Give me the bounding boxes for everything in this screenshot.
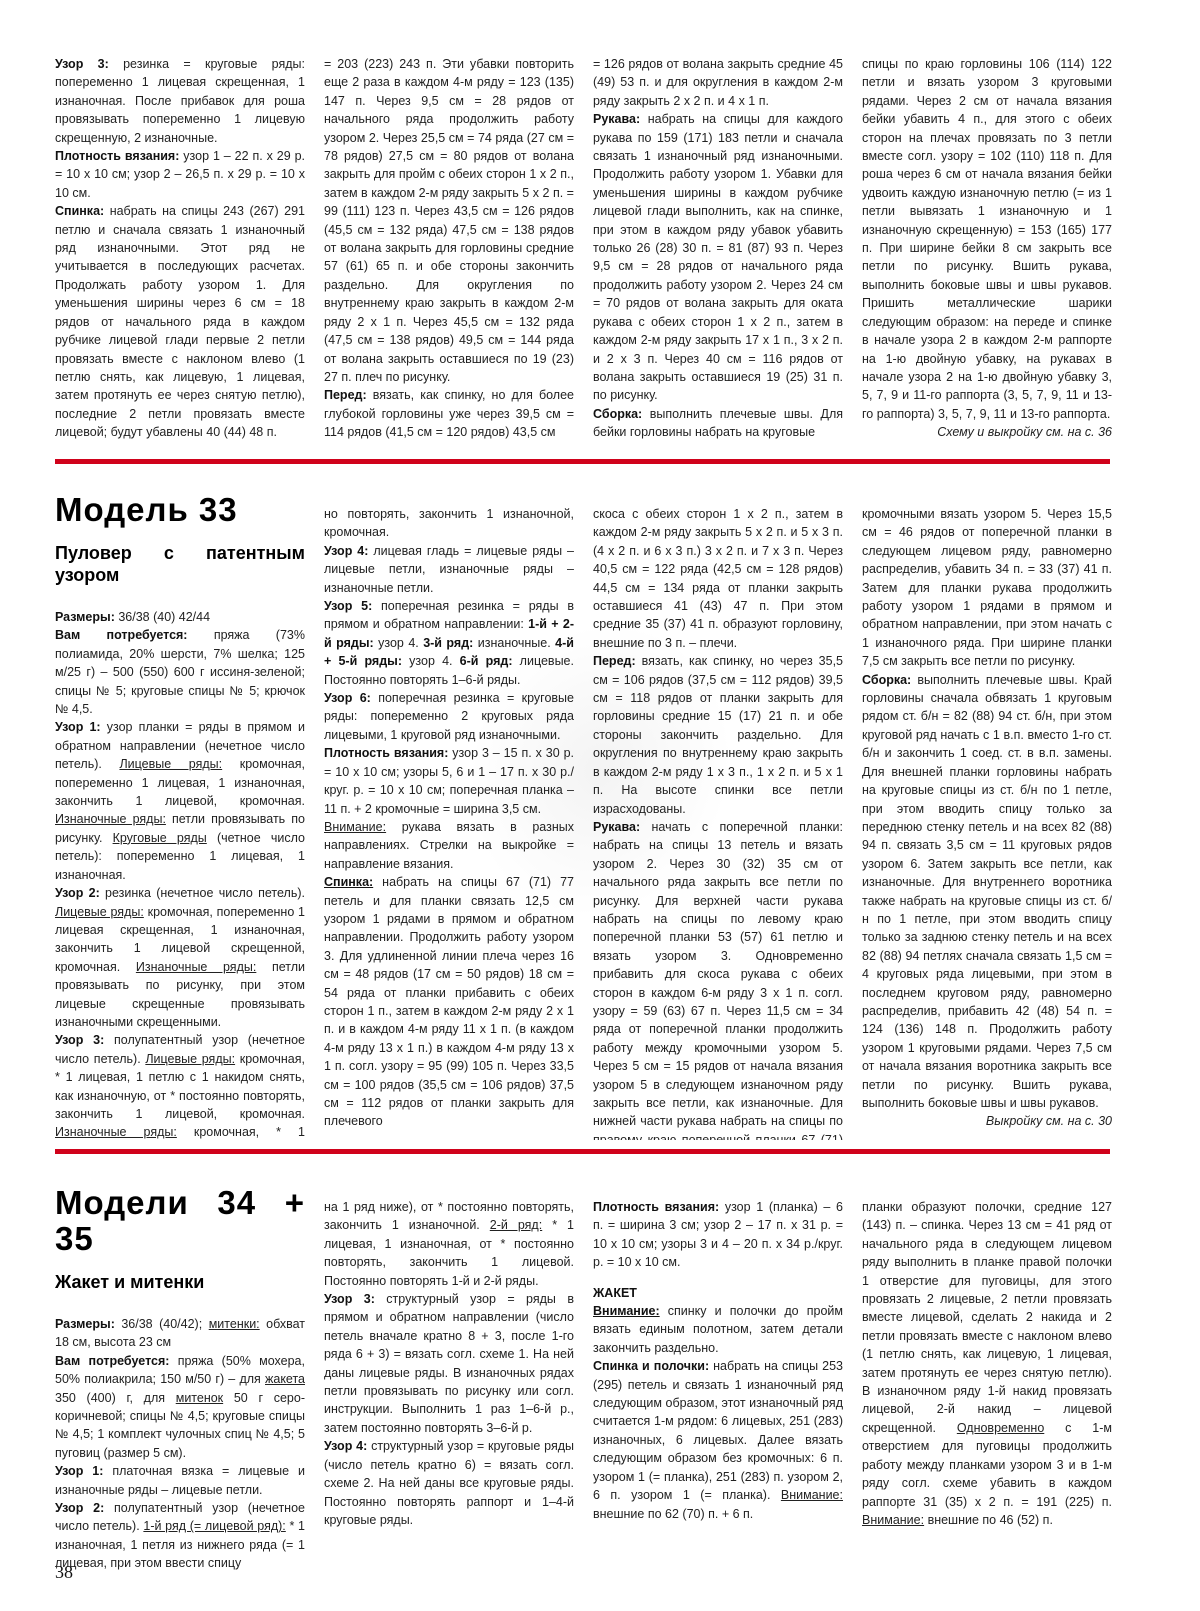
paragraph: Плотность вязания: узор 1 – 22 п. х 29 р… <box>55 147 305 202</box>
paragraph: Схему и выкройку см. на с. 36 <box>862 423 1112 441</box>
paragraph: Узор 3: структурный узор = ряды в прямом… <box>324 1290 574 1437</box>
paragraph: Сборка: выполнить плечевые швы. Для бейк… <box>593 405 843 442</box>
paragraph: на 1 ряд ниже), от * постоянно повторять… <box>324 1198 574 1290</box>
paragraph: Вам потребуется: пряжа (50% мохера, 50% … <box>55 1352 305 1462</box>
paragraph: Размеры: 36/38 (40/42); митенки: обхват … <box>55 1315 305 1352</box>
column: но повторять, закончить 1 изнаночной, кр… <box>324 492 574 1140</box>
column: планки образуют полочки, средние 127 (14… <box>862 1185 1112 1570</box>
column: = 203 (223) 243 п. Эти убавки повторить … <box>324 55 574 450</box>
section-model-33: Модель 33 Пуловер с патентным узором Раз… <box>55 492 1113 1140</box>
paragraph: Узор 2: резинка (нечетное число петель).… <box>55 884 305 1031</box>
paragraph: = 126 рядов от волана закрыть средние 45… <box>593 55 843 110</box>
paragraph: Спинка: набрать на спицы 243 (267) 291 п… <box>55 202 305 441</box>
paragraph: спицы по краю горловины 106 (114) 122 пе… <box>862 55 1112 423</box>
column: Плотность вязания: узор 1 (планка) – 6 п… <box>593 1185 843 1570</box>
paragraph: Рукава: начать с поперечной планки: набр… <box>593 818 843 1140</box>
paragraph: Плотность вязания: узор 3 – 15 п. х 30 р… <box>324 744 574 818</box>
paragraph: Рукава: набрать на спицы для каждого рук… <box>593 110 843 405</box>
paragraph: Узор 4: структурный узор = круговые ряды… <box>324 1437 574 1529</box>
red-divider-rule <box>55 459 1110 464</box>
paragraph: Узор 5: поперечная резинка = ряды в прям… <box>324 597 574 689</box>
paragraph: Перед: вязать, как спинку, но через 35,5… <box>593 652 843 818</box>
red-divider-rule <box>55 1149 1110 1154</box>
paragraph: скоса с обеих сторон 1 х 2 п., затем в к… <box>593 505 843 652</box>
column: на 1 ряд ниже), от * постоянно повторять… <box>324 1185 574 1570</box>
column: скоса с обеих сторон 1 х 2 п., затем в к… <box>593 492 843 1140</box>
section-models-34-35: Модели 34 + 35 Жакет и митенки Размеры: … <box>55 1185 1113 1570</box>
magazine-page: Узор 3: резинка = круговые ряды: поперем… <box>0 0 1200 1611</box>
column: спицы по краю горловины 106 (114) 122 пе… <box>862 55 1112 450</box>
paragraph: Спинка: набрать на спицы 67 (71) 77 пете… <box>324 873 574 1131</box>
paragraph: ЖАКЕТ <box>593 1284 843 1302</box>
paragraph: Выкройку см. на с. 30 <box>862 1112 1112 1130</box>
paragraph: Внимание: спинку и полочки до пройм вяза… <box>593 1302 843 1357</box>
paragraph: Размеры: 36/38 (40) 42/44 <box>55 608 305 626</box>
column: = 126 рядов от волана закрыть средние 45… <box>593 55 843 450</box>
paragraph: кромочными вязать узором 5. Через 15,5 с… <box>862 505 1112 671</box>
column: Модель 33 Пуловер с патентным узором Раз… <box>55 492 305 1140</box>
column: Модели 34 + 35 Жакет и митенки Размеры: … <box>55 1185 305 1570</box>
section-heading: Модели 34 + 35 <box>55 1185 305 1257</box>
paragraph: Узор 3: полупатентный узор (нечетное чис… <box>55 1031 305 1140</box>
column: Узор 3: резинка = круговые ряды: поперем… <box>55 55 305 450</box>
paragraph: Узор 3: резинка = круговые ряды: поперем… <box>55 55 305 147</box>
paragraph: Узор 1: узор планки = ряды в прямом и об… <box>55 718 305 884</box>
page-number: 38 <box>55 1562 73 1583</box>
paragraph: Узор 2: полупатентный узор (нечетное чис… <box>55 1499 305 1570</box>
paragraph: Узор 1: платочная вязка = лицевые и изна… <box>55 1462 305 1499</box>
paragraph: Узор 4: лицевая гладь = лицевые ряды – л… <box>324 542 574 597</box>
paragraph: Перед: вязать, как спинку, но для более … <box>324 386 574 441</box>
section-subtitle: Жакет и митенки <box>55 1271 305 1293</box>
paragraph: = 203 (223) 243 п. Эти убавки повторить … <box>324 55 574 386</box>
paragraph: Сборка: выполнить плечевые швы. Край гор… <box>862 671 1112 1113</box>
paragraph: планки образуют полочки, средние 127 (14… <box>862 1198 1112 1529</box>
section-heading: Модель 33 <box>55 492 305 528</box>
paragraph: Плотность вязания: узор 1 (планка) – 6 п… <box>593 1198 843 1272</box>
paragraph: Спинка и полочки: набрать на спицы 253 (… <box>593 1357 843 1523</box>
column: кромочными вязать узором 5. Через 15,5 с… <box>862 492 1112 1140</box>
section-subtitle: Пуловер с патентным узором <box>55 542 305 586</box>
paragraph: но повторять, закончить 1 изнаночной, кр… <box>324 505 574 542</box>
paragraph: Внимание: рукава вязать в разных направл… <box>324 818 574 873</box>
paragraph: Вам потребуется: пряжа (73% полиамида, 2… <box>55 626 305 718</box>
paragraph: Узор 6: поперечная резинка = круговые ря… <box>324 689 574 744</box>
section-top: Узор 3: резинка = круговые ряды: поперем… <box>55 55 1113 450</box>
